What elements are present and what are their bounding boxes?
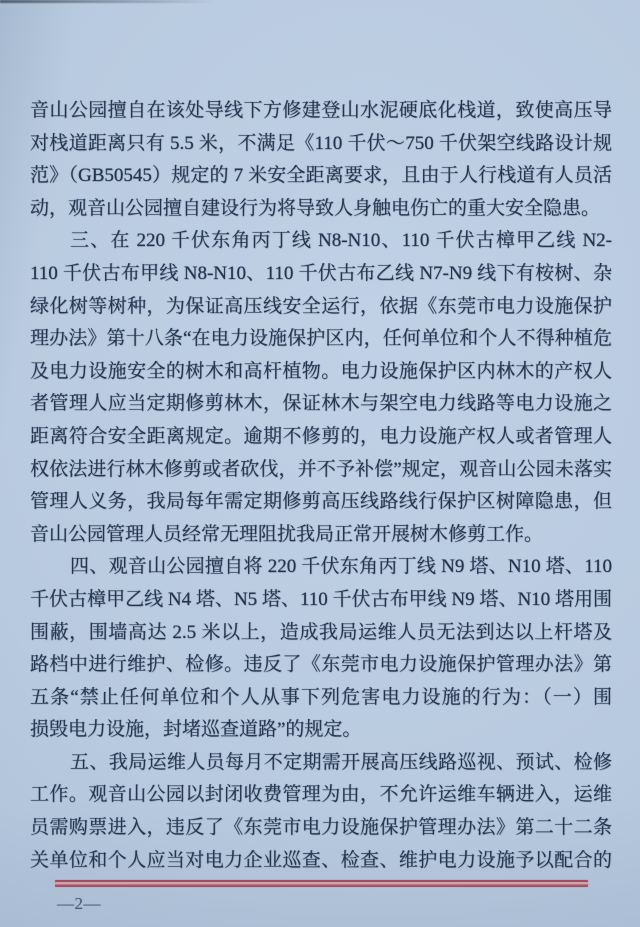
- photo-edge-artifact: [0, 0, 215, 3]
- document-body: 音山公园擅自在该处导线下方修建登山水泥硬底化栈道，致使高压导线 对栈道距离只有 …: [30, 95, 612, 877]
- text-line: 围蔽，围墙高达 2.5 米以上，造成我局运维人员无法到达以上杆塔及线: [30, 617, 612, 650]
- text-line: 三、在 220 千伏东角丙丁线 N8-N10、110 千伏古樟甲乙线 N2-N5…: [30, 225, 612, 258]
- text-line: 损毁电力设施，封堵巡查道路”的规定。: [30, 714, 612, 747]
- text-line: 千伏古樟甲乙线 N4 塔、N5 塔、110 千伏古布甲线 N9 塔、N10 塔用…: [30, 584, 612, 617]
- text-line: 理办法》第十八条“在电力设施保护区内，任何单位和个人不得种植危: [30, 323, 612, 356]
- text-line: 距离符合安全距离规定。逾期不修剪的，电力设施产权人或者管理人有: [30, 421, 612, 454]
- text-line: 工作。观音山公园以封闭收费管理为由，不允许运维车辆进入，运维人: [30, 779, 612, 812]
- text-line: 五、我局运维人员每月不定期需开展高压线路巡视、预试、检修等: [30, 747, 612, 780]
- text-line: 动，观音山公园擅自建设行为将导致人身触电伤亡的重大安全隐患。: [30, 193, 612, 226]
- text-line: 110 千伏古布甲线 N8-N10、110 千伏古布乙线 N7-N9 线下有桉树…: [30, 258, 612, 291]
- footer-rule: [55, 880, 588, 887]
- page-number: —2—: [57, 893, 101, 915]
- text-line: 管理人义务，我局每年需定期修剪高压线路线行保护区树障隐患，但观: [30, 486, 612, 519]
- text-line: 及电力设施安全的树木和高杆植物。电力设施保护区内林木的产权人或: [30, 356, 612, 389]
- text-line: 四、观音山公园擅自将 220 千伏东角丙丁线 N9 塔、N10 塔、110: [30, 551, 612, 584]
- text-line: 权依法进行林木修剪或者砍伐，并不予补偿”规定，观音山公园未落实: [30, 454, 612, 487]
- text-line: 员需购票进入，违反了《东莞市电力设施保护管理办法》第二十二条有: [30, 812, 612, 845]
- text-line: 音山公园管理人员经常无理阻扰我局正常开展树木修剪工作。: [30, 519, 612, 552]
- text-line: 关单位和个人应当对电力企业巡查、检查、维护电力设施予以配合的规: [30, 845, 612, 878]
- text-line: 对栈道距离只有 5.5 米，不满足《110 千伏～750 千伏架空线路设计规: [30, 128, 612, 161]
- text-line: 音山公园擅自在该处导线下方修建登山水泥硬底化栈道，致使高压导线: [30, 95, 612, 128]
- document-page: 音山公园擅自在该处导线下方修建登山水泥硬底化栈道，致使高压导线 对栈道距离只有 …: [0, 0, 640, 927]
- text-line: 五条“禁止任何单位和个人从事下列危害电力设施的行为：（一）围闭、: [30, 682, 612, 715]
- text-line: 者管理人应当定期修剪林木，保证林木与架空电力线路等电力设施之间: [30, 388, 612, 421]
- text-line: 路档中进行维护、检修。违反了《东莞市电力设施保护管理办法》第十: [30, 649, 612, 682]
- text-line: 绿化树等树种，为保证高压线安全运行，依据《东莞市电力设施保护管: [30, 291, 612, 324]
- text-line: 范》（GB50545）规定的 7 米安全距离要求，且由于人行栈道有人员活: [30, 160, 612, 193]
